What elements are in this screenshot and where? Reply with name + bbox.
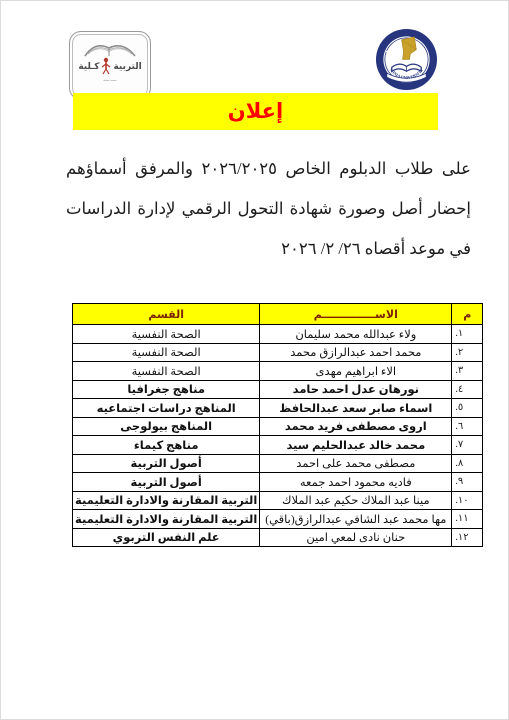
department: أصول التربية <box>73 454 260 473</box>
student-name: محمد احمد عبدالرازق محمد <box>260 343 452 362</box>
student-name: مصطفى محمد على احمد <box>260 454 452 473</box>
table-row: ١. ولاء عبدالله محمد سليمان الصحة النفسي… <box>73 325 483 344</box>
notice-line-2: إحضار أصل وصورة شهادة التحول الرقمي لإدا… <box>66 189 471 229</box>
announcement-banner: إعلان <box>73 93 438 130</box>
col-header-number: م <box>452 304 483 325</box>
header-row: م الاســــــــــــــم القسم <box>73 304 483 325</box>
person-figure-icon <box>101 57 111 75</box>
logo-word-right: التربية <box>113 61 141 71</box>
row-number: ٣. <box>452 362 483 381</box>
row-number: ١٢. <box>452 528 483 547</box>
student-name: مينا عبد الملاك حكيم عبد الملاك <box>260 491 452 510</box>
table-row: ١٠. مينا عبد الملاك حكيم عبد الملاك التر… <box>73 491 483 510</box>
department: علم النفس التربوي <box>73 528 260 547</box>
student-name: اسماء صابر سعد عبدالحافظ <box>260 399 452 418</box>
logo-word-left: كـلية <box>78 61 99 71</box>
minia-university-seal: جامعة المنيا MINIA UNIVERSITY <box>375 28 438 91</box>
department: الصحة النفسية <box>73 362 260 381</box>
logo-subtext: ــــ ــــ <box>104 77 117 83</box>
table-row: ٨. مصطفى محمد على احمد أصول التربية <box>73 454 483 473</box>
department: مناهج جغرافيا <box>73 380 260 399</box>
table-row: ١٢. حنان نادى لمعي امين علم النفس التربو… <box>73 528 483 547</box>
table-row: ٤. نورهان عدل احمد حامد مناهج جغرافيا <box>73 380 483 399</box>
announcement-title: إعلان <box>228 99 283 124</box>
department: المناهج دراسات اجتماعيه <box>73 399 260 418</box>
department: أصول التربية <box>73 473 260 492</box>
notice-line-3: في موعد أقصاه ٢٦/ ٢/ ٢٠٢٦ <box>66 229 471 269</box>
logo-wordmark: كـلية التربية <box>78 57 141 75</box>
students-table-body: ١. ولاء عبدالله محمد سليمان الصحة النفسي… <box>73 325 483 547</box>
table-row: ٣. الاء ابراهيم مهدى الصحة النفسية <box>73 362 483 381</box>
student-name: الاء ابراهيم مهدى <box>260 362 452 381</box>
student-name: مها محمد عبد الشافي عبدالرازق(باقي) <box>260 510 452 529</box>
department: الصحة النفسية <box>73 343 260 362</box>
row-number: ٩. <box>452 473 483 492</box>
table-row: ١١. مها محمد عبد الشافي عبدالرازق(باقي) … <box>73 510 483 529</box>
faculty-of-education-logo: كـلية التربية ــــ ــــ <box>69 31 151 100</box>
row-number: ٥. <box>452 399 483 418</box>
student-name: فاديه محمود احمد جمعه <box>260 473 452 492</box>
notice-paragraph: على طلاب الدبلوم الخاص ٢٠٢٦/٢٠٢٥ والمرفق… <box>66 149 471 269</box>
row-number: ٧. <box>452 436 483 455</box>
department: التربية المقارنة والادارة التعليمية <box>73 510 260 529</box>
students-table-wrap: م الاســــــــــــــم القسم ١. ولاء عبدا… <box>72 303 483 547</box>
table-row: ٦. اروى مصطفى فريد محمد المناهج بيولوجى <box>73 417 483 436</box>
notice-line-1: على طلاب الدبلوم الخاص ٢٠٢٦/٢٠٢٥ والمرفق… <box>66 149 471 189</box>
students-table-head: م الاســــــــــــــم القسم <box>73 304 483 325</box>
student-name: اروى مصطفى فريد محمد <box>260 417 452 436</box>
row-number: ١. <box>452 325 483 344</box>
students-table: م الاســــــــــــــم القسم ١. ولاء عبدا… <box>72 303 483 547</box>
table-row: ٧. محمد خالد عبدالحليم سيد مناهج كيماء <box>73 436 483 455</box>
row-number: ١٠. <box>452 491 483 510</box>
student-name: ولاء عبدالله محمد سليمان <box>260 325 452 344</box>
student-name: حنان نادى لمعي امين <box>260 528 452 547</box>
table-row: ٢. محمد احمد عبدالرازق محمد الصحة النفسي… <box>73 343 483 362</box>
student-name: محمد خالد عبدالحليم سيد <box>260 436 452 455</box>
department: الصحة النفسية <box>73 325 260 344</box>
row-number: ٦. <box>452 417 483 436</box>
row-number: ٤. <box>452 380 483 399</box>
open-book-icon <box>81 35 139 59</box>
student-name: نورهان عدل احمد حامد <box>260 380 452 399</box>
row-number: ٢. <box>452 343 483 362</box>
row-number: ٨. <box>452 454 483 473</box>
department: المناهج بيولوجى <box>73 417 260 436</box>
table-row: ٩. فاديه محمود احمد جمعه أصول التربية <box>73 473 483 492</box>
department: التربية المقارنة والادارة التعليمية <box>73 491 260 510</box>
announcement-page: كـلية التربية ــــ ــــ جامعة المنيا <box>0 0 509 720</box>
department: مناهج كيماء <box>73 436 260 455</box>
col-header-name: الاســــــــــــــم <box>260 304 452 325</box>
col-header-department: القسم <box>73 304 260 325</box>
row-number: ١١. <box>452 510 483 529</box>
table-row: ٥. اسماء صابر سعد عبدالحافظ المناهج دراس… <box>73 399 483 418</box>
